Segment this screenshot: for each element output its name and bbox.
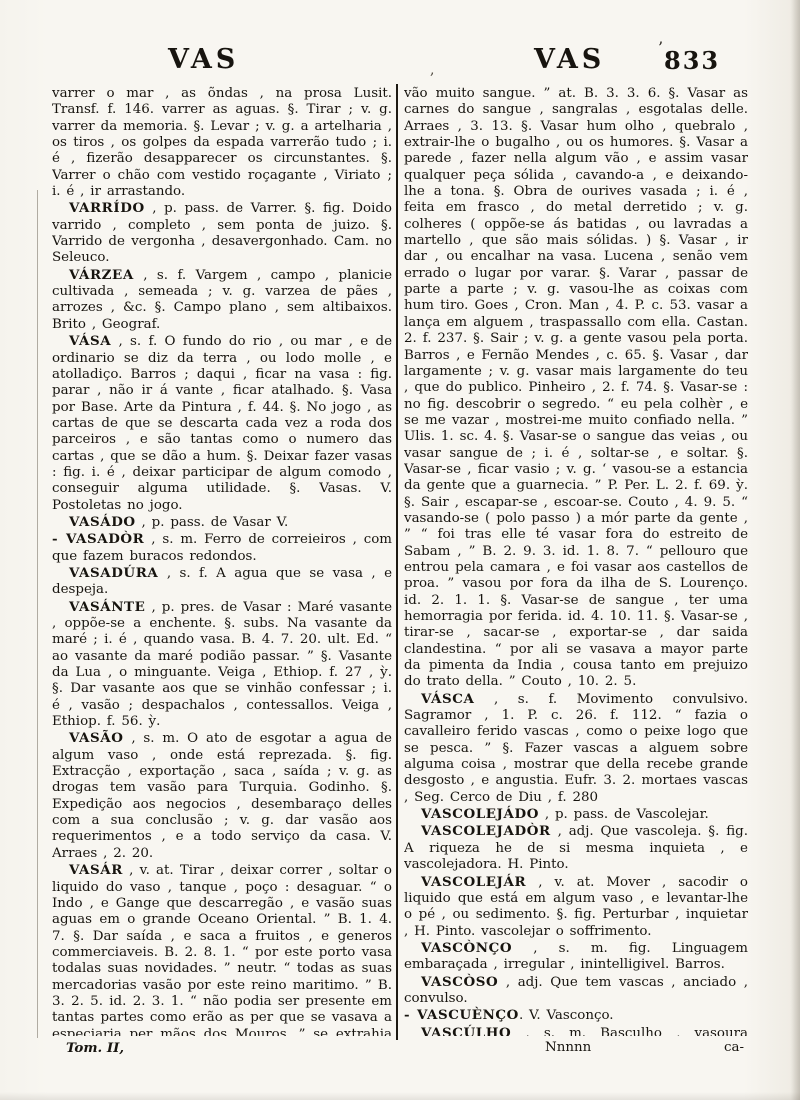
- headword: VASADÚRA: [69, 565, 158, 581]
- headword: - VASADÒR: [52, 531, 144, 547]
- headword: - VASCUÈNÇO: [404, 1007, 519, 1023]
- headword: VÁSCA: [421, 691, 474, 707]
- entry-paragraph: VASCÒNÇO , s. m. fig. Linguagem embaraça…: [404, 940, 748, 974]
- headword: VASCÚLHO: [421, 1025, 511, 1036]
- entry-paragraph: VASÁNTE , p. pres. de Vasar : Maré vasan…: [52, 599, 392, 731]
- ink-stray-mark: ,: [430, 62, 434, 78]
- tome-label: Tom. II,: [66, 1040, 124, 1056]
- right-column: vão muito sangue. ” at. B. 3. 3. 6. §. V…: [404, 86, 748, 1036]
- headword: VARRÍDO: [69, 200, 145, 216]
- entry-paragraph: VASCOLEJADÒR , adj. Que vascoleja. §. fi…: [404, 823, 748, 873]
- entry-paragraph: VASADÚRA , s. f. A agua que se vasa , e …: [52, 565, 392, 599]
- gathering-signature: Nnnnn: [545, 1040, 591, 1055]
- entry-paragraph: VASÁR , v. at. Tirar , deixar correr , s…: [52, 862, 392, 1036]
- column-divider-rule: [396, 84, 398, 1040]
- entry-paragraph: VASÃO , s. m. O ato de esgotar a agua de…: [52, 730, 392, 862]
- dictionary-page: VAS , VAS ’ 833 varrer o mar , as õndas …: [0, 0, 800, 1100]
- running-head-right-title: VAS: [534, 44, 605, 75]
- entry-paragraph: VÁSCA , s. f. Movimento convulsivo. Sagr…: [404, 691, 748, 806]
- entry-paragraph: VASCOLEJÁR , v. at. Mover , sacodir o li…: [404, 874, 748, 940]
- left-column: varrer o mar , as õndas , na prosa Lusit…: [52, 86, 392, 1036]
- headword: VASÁR: [69, 862, 123, 878]
- headword: VASÃO: [69, 730, 123, 746]
- entry-paragraph: varrer o mar , as õndas , na prosa Lusit…: [52, 86, 392, 200]
- entry-paragraph: VASÁDO , p. pass. de Vasar V.: [52, 514, 392, 531]
- page-footer: Tom. II, Nnnnn ca-: [0, 1040, 800, 1062]
- headword: VASCÒSO: [421, 974, 498, 990]
- headword: VASCÒNÇO: [421, 940, 512, 956]
- headword: VÁRZEA: [69, 267, 134, 283]
- running-head: VAS , VAS ’ 833: [0, 44, 800, 80]
- entry-paragraph: VASCÚLHO , s. m. Basculho , vasoura pega…: [404, 1025, 748, 1036]
- headword: VASÁDO: [69, 514, 136, 530]
- headword: VASÁNTE: [69, 599, 145, 615]
- headword: VÁSA: [69, 333, 111, 349]
- page-number: 833: [664, 46, 720, 75]
- text-block: varrer o mar , as õndas , na prosa Lusit…: [0, 86, 800, 1040]
- entry-paragraph: VÁSA , s. f. O fundo do rio , ou mar , e…: [52, 333, 392, 514]
- entry-paragraph: - VASADÒR , s. m. Ferro de correieiros ,…: [52, 531, 392, 565]
- entry-paragraph: VARRÍDO , p. pass. de Varrer. §. fig. Do…: [52, 200, 392, 266]
- page-edge-shadow-bottom: [0, 1092, 800, 1100]
- headword: VASCOLEJÁDO: [421, 806, 539, 822]
- entry-paragraph: VASCÒSO , adj. Que tem vascas , anciado …: [404, 974, 748, 1008]
- running-head-left-title: VAS: [168, 44, 239, 75]
- page-edge-shadow-right: [790, 0, 800, 1100]
- entry-paragraph: - VASCUÈNÇO. V. Vasconço.: [404, 1007, 748, 1024]
- entry-paragraph: VASCOLEJÁDO , p. pass. de Vascolejar.: [404, 806, 748, 823]
- headword: VASCOLEJADÒR: [421, 823, 551, 839]
- catchword: ca-: [724, 1040, 744, 1055]
- headword: VASCOLEJÁR: [421, 874, 526, 890]
- scan-edge-line: [37, 190, 38, 1038]
- entry-paragraph: vão muito sangue. ” at. B. 3. 3. 6. §. V…: [404, 86, 748, 691]
- page-number-mark: ’: [658, 38, 663, 57]
- entry-paragraph: VÁRZEA , s. f. Vargem , campo , planicie…: [52, 267, 392, 333]
